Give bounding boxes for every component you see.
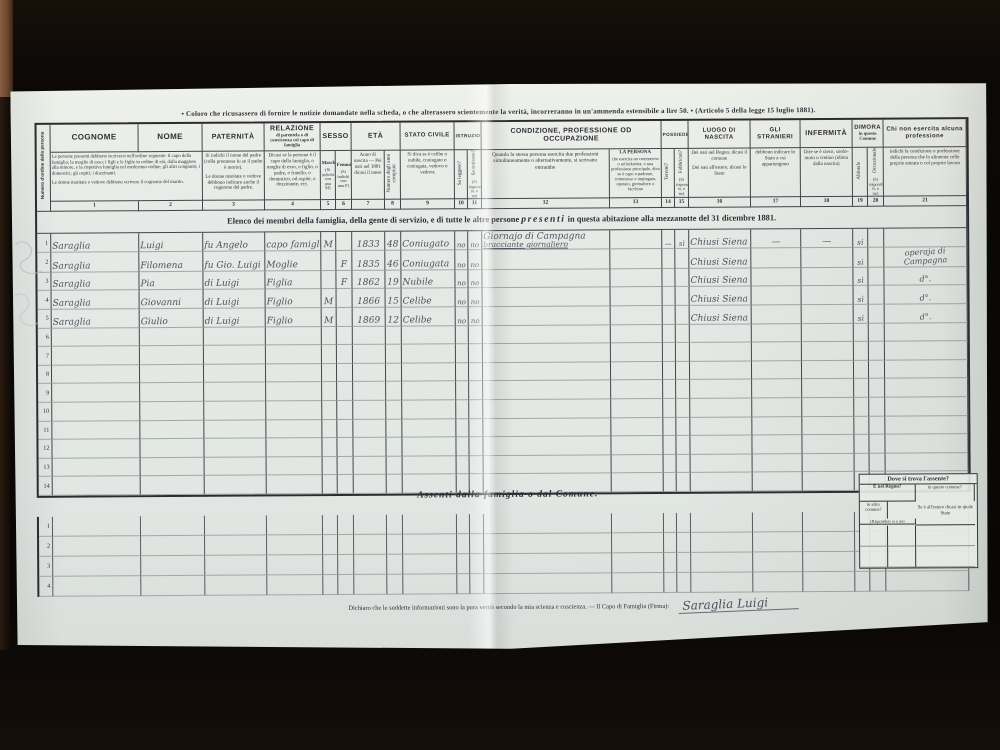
cell-luogo-nascita (690, 343, 752, 362)
cell-stranieri: — (751, 229, 801, 248)
cell-anni-compiuti: 12 (386, 308, 402, 327)
cell-empty (803, 512, 855, 532)
cell-fabbricati (675, 269, 689, 288)
colnum-21: 21 (884, 196, 967, 207)
cell-stato-civile: Celibe (402, 289, 456, 308)
cell-empty (53, 576, 141, 597)
cell-sesso-f (337, 382, 353, 401)
cell-stranieri (752, 435, 802, 454)
cell-fabbricati (676, 417, 690, 436)
cell-anno-nascita (353, 419, 386, 438)
cell-condizione (484, 455, 612, 474)
cell-relazione (266, 401, 322, 420)
cell-empty (484, 553, 612, 574)
cell-sesso-m: M (321, 232, 336, 251)
cell-stranieri (752, 417, 802, 436)
cell-dimora-abituale (855, 454, 870, 473)
cell-dimora-occasionale (868, 229, 884, 248)
cell-stato-civile: Coniugata (401, 250, 455, 270)
col-infermita-header: INFERMITÀ (801, 120, 853, 148)
cell-empty (470, 574, 484, 594)
cell-row-number: 2 (39, 537, 53, 557)
cell-luogo-nascita (690, 417, 752, 436)
cell-paternita: di Luigi (204, 290, 266, 309)
cell-stato-civile (402, 437, 456, 456)
cell-anni-compiuti: 15 (386, 289, 402, 308)
cell-empty (470, 514, 484, 534)
cell-anno-nascita (353, 382, 386, 401)
cell-stranieri (751, 268, 801, 287)
cell-sa-leggere: no (456, 289, 469, 308)
cell-infermita (801, 248, 853, 268)
cell-empty (677, 573, 691, 593)
cell-paternita (204, 346, 266, 365)
cell-relazione: Moglie (265, 251, 321, 271)
cell-sa-scrivere (470, 456, 484, 475)
cell-luogo-nascita (690, 398, 752, 417)
cell-stranieri (752, 398, 802, 417)
cell-anno-nascita (353, 326, 386, 345)
cell-empty (457, 574, 470, 594)
cell-sa-scrivere (469, 437, 483, 456)
cell-infermita (802, 379, 854, 398)
cell-sa-scrivere (469, 382, 483, 401)
cell-sesso-m (322, 327, 337, 346)
cell-fabbricati (676, 380, 690, 399)
cell-empty (267, 575, 323, 595)
cell-sa-scrivere: no (468, 231, 482, 250)
whereabouts-box: Dove si trova l'assente? È nel Regno? Se… (859, 473, 979, 569)
cell-empty (338, 575, 354, 595)
cell-dimora-occasionale (869, 416, 885, 435)
cell-fabbricati (677, 455, 691, 474)
cell-relazione: Figlio (266, 308, 322, 327)
cell-anni-compiuti (386, 363, 402, 382)
cell-dimora-abituale: sì (854, 305, 869, 324)
cell-fabbricati (676, 399, 690, 418)
cell-dimora-abituale (854, 342, 869, 361)
cell-stranieri (752, 361, 802, 380)
cell-empty (323, 535, 338, 555)
colnum-18: 18 (801, 197, 853, 207)
cell-terreni (663, 418, 676, 437)
col-possiede-header: POSSIEDE (662, 121, 689, 149)
cell-sesso-f (337, 289, 353, 308)
cell-anni-compiuti: 48 (385, 232, 401, 251)
colnum-17: 17 (751, 197, 801, 207)
eta-anni-desc: Numero degli anni compiuti (385, 151, 401, 200)
cell-dimora-abituale (854, 323, 869, 342)
eta-anno-desc: Anno di nascita — Pei nati nel 1881 dica… (352, 151, 385, 200)
istruzione-scrivere-subheader: Sa scrivere?(Si risponda: sì, o no) (468, 150, 482, 199)
cell-dimora-occasionale (869, 323, 885, 342)
cell-fabbricati (676, 362, 690, 381)
cell-sesso-m (321, 251, 336, 271)
declaration-text: Dichiaro che le suddette informazioni so… (348, 603, 669, 612)
cell-dimora-occasionale (869, 360, 885, 379)
cell-dimora-abituale (854, 379, 869, 398)
cell-empty (338, 555, 354, 575)
cell-dimora-occasionale (868, 267, 884, 286)
cell-sa-leggere (456, 344, 469, 363)
colnum-19: 19 (853, 197, 868, 207)
cell-sa-scrivere (469, 400, 483, 419)
cell-empty (403, 514, 457, 534)
cell-anni-compiuti (386, 419, 402, 438)
cell-empty (387, 555, 403, 575)
cell-empty (354, 575, 387, 595)
cell-chinon: d°. (884, 267, 967, 286)
cell-empty (677, 533, 691, 553)
cell-terreni (662, 269, 675, 288)
col-chinon-header: Chi non esercita alcuna professione (884, 119, 967, 148)
cell-fabbricati (676, 324, 690, 343)
cell-empty (205, 515, 267, 535)
cell-anni-compiuti (386, 345, 402, 364)
cell-anno-nascita: 1833 (352, 232, 385, 251)
cell-empty (855, 572, 870, 592)
cell-empty (803, 572, 855, 592)
cell-nome (140, 383, 204, 402)
cell-empty (677, 513, 691, 533)
cell-terreni (664, 473, 677, 492)
col-nome-header: NOME (139, 124, 203, 152)
cell-infermita (802, 286, 854, 305)
pencil-scribble (11, 227, 58, 377)
cell-empty (664, 513, 677, 533)
cell-sesso-f: F (336, 271, 352, 290)
cell-infermita (802, 416, 854, 435)
cell-nome (141, 458, 205, 477)
cell-nome: Pia (139, 272, 203, 291)
cell-stato-civile (402, 326, 456, 345)
cell-cognome (52, 402, 140, 421)
cell-infermita (802, 323, 854, 342)
cell-stato-civile (402, 382, 456, 401)
cell-terreni (662, 249, 675, 269)
cell-row-number: 10 (38, 403, 52, 422)
cell-fabbricati: sì (675, 230, 689, 249)
colnum-10: 10 (455, 199, 468, 209)
cell-chinon (885, 360, 968, 379)
cell-chinon (885, 416, 968, 435)
whereabouts-empty-cell (860, 526, 888, 547)
cell-stranieri (751, 248, 801, 268)
cell-anni-compiuti (386, 438, 402, 457)
cell-dimora-abituale (854, 361, 869, 380)
cell-sa-leggere (456, 363, 469, 382)
whereabouts-note: (Rispondere sì o no) (860, 518, 916, 524)
cell-sa-leggere: no (456, 307, 469, 326)
cell-sesso-f (337, 364, 353, 383)
cell-luogo-nascita: Chiusi Siena (689, 268, 751, 287)
cell-fabbricati (675, 249, 689, 269)
cell-empty (387, 575, 403, 595)
cell-terreni: — (662, 230, 675, 249)
cell-sesso-f (336, 232, 352, 251)
cell-condizione: Giornajo di Campagnabracciante giornalie… (482, 231, 610, 250)
cell-la-persona (611, 380, 663, 399)
cell-nome (141, 476, 205, 495)
cell-infermita (802, 342, 854, 361)
cell-empty (457, 514, 470, 534)
cell-sesso-m (322, 420, 337, 439)
cell-infermita (802, 435, 854, 454)
cell-chinon (885, 341, 968, 360)
cell-chinon (885, 323, 968, 342)
cell-sesso-f (337, 419, 353, 438)
cell-infermita: — (801, 229, 853, 248)
cell-condizione (483, 344, 611, 363)
cell-stato-civile: Coniugato (401, 232, 455, 251)
whereabouts-empty-cell (916, 546, 975, 567)
cell-dimora-occasionale (868, 247, 884, 267)
cell-dimora-occasionale (869, 398, 885, 417)
cell-sesso-m (322, 345, 337, 364)
cell-luogo-nascita (690, 361, 752, 380)
cell-condizione (483, 418, 611, 437)
cell-anno-nascita (353, 401, 386, 420)
cell-empty (338, 535, 354, 555)
absent-persons-rows: 1 2 (39, 511, 969, 597)
cell-empty (323, 515, 338, 535)
cell-infermita (801, 268, 853, 287)
census-sheet: • Coloro che ricusassero di fornire le n… (10, 81, 989, 653)
cell-la-persona (611, 418, 663, 437)
cell-empty (612, 573, 664, 593)
colnum-4: 4 (265, 200, 321, 210)
col-number-header: Numero d'ordine della persona (37, 125, 52, 212)
cell-sesso-m: M (322, 289, 337, 308)
cell-terreni (663, 343, 676, 362)
cell-relazione (266, 420, 322, 439)
cell-paternita (205, 476, 267, 495)
cell-luogo-nascita: Chiusi Siena (689, 248, 751, 268)
cell-stranieri (753, 454, 803, 473)
cell-cognome: Saraglia (51, 233, 139, 252)
cell-empty (484, 533, 612, 554)
cell-dimora-abituale: sì (853, 248, 868, 268)
wood-table-edge (0, 0, 13, 97)
cell-la-persona (610, 230, 662, 249)
cell-sa-leggere (456, 437, 469, 456)
cell-terreni (663, 362, 676, 381)
cell-dimora-occasionale (869, 305, 885, 324)
istruzione-leggere-subheader: Sa leggere? (455, 150, 468, 199)
row-number-label: Numero d'ordine della persona (41, 132, 46, 199)
cell-stranieri (752, 324, 802, 343)
cell-empty (470, 554, 484, 574)
cell-empty (338, 515, 354, 535)
cell-condizione (483, 306, 611, 325)
cell-paternita: di Luigi (204, 308, 266, 327)
cell-nome (140, 327, 204, 346)
cell-anno-nascita (354, 456, 387, 475)
cell-chinon (886, 453, 969, 472)
cell-empty (664, 573, 677, 593)
cell-relazione (267, 457, 323, 476)
cell-anno-nascita (353, 364, 386, 383)
cell-sesso-f (337, 308, 353, 327)
cell-sa-leggere (456, 382, 469, 401)
cell-stato-civile: Celibe (402, 307, 456, 326)
cell-stato-civile: Nubile (401, 270, 455, 289)
cell-cognome (52, 365, 140, 384)
cell-la-persona (612, 455, 664, 474)
cell-stato-civile (402, 344, 456, 363)
cell-relazione: capo famiglia (265, 232, 321, 251)
cell-sesso-m (323, 457, 338, 476)
cell-sesso-m (322, 401, 337, 420)
statocivile-desc: Si dica se è celibe o nubile, coniugato … (401, 150, 455, 200)
cell-la-persona (611, 325, 663, 344)
cell-anno-nascita (353, 438, 386, 457)
chinon-desc: indichi la condizione o professione dell… (884, 147, 967, 197)
cell-empty (354, 555, 387, 575)
whereabouts-q2: in altro comune? (860, 502, 888, 519)
cell-fabbricati (676, 436, 690, 455)
cell-sa-leggere: no (455, 270, 468, 289)
cell-luogo-nascita (691, 473, 753, 492)
cell-empty (267, 555, 323, 575)
cell-empty (205, 575, 267, 595)
cell-empty (753, 572, 803, 592)
cell-sa-scrivere (469, 326, 483, 345)
sesso-maschile-subheader: Maschile(Si indichi con una M) (321, 151, 336, 200)
possiede-terreni-subheader: Terreni? (662, 149, 675, 198)
cell-sesso-m (321, 271, 336, 290)
cell-paternita: fu Angelo (203, 233, 265, 252)
absents-section-title: Assenti dalla famiglia o dal Comune. (363, 489, 653, 501)
cell-luogo-nascita: Chiusi Siena (690, 305, 752, 324)
header-descriptions-row: Le persone presenti debbono iscriversi n… (37, 147, 967, 202)
cell-dimora-occasionale (869, 342, 885, 361)
cell-stato-civile (402, 400, 456, 419)
cell-cognome (52, 346, 140, 365)
head-of-family-signature: Saraglia Luigi (678, 594, 798, 614)
cell-relazione (266, 327, 322, 346)
stranieri-desc: debbono indicare lo Stato a cui apparten… (751, 148, 801, 198)
cell-empty (267, 535, 323, 555)
cell-empty (205, 535, 267, 555)
colnum-6: 6 (336, 200, 352, 210)
colnum-16: 16 (689, 198, 751, 208)
cell-anno-nascita: 1862 (352, 271, 385, 290)
cell-paternita (204, 439, 266, 458)
cell-sa-scrivere (469, 419, 483, 438)
cell-la-persona (611, 306, 663, 325)
whereabouts-empty-cell (860, 547, 888, 568)
cell-chinon (885, 434, 968, 453)
cell-empty (403, 534, 457, 554)
cell-dimora-abituale: sì (853, 268, 868, 287)
cell-empty (53, 536, 141, 557)
cell-nome: Filomena (139, 252, 203, 272)
cell-row-number: 11 (38, 421, 52, 440)
cell-anni-compiuti (386, 382, 402, 401)
colnum-13: 13 (610, 198, 662, 208)
col-relazione-header: RELAZIONEdi parentela o di convivenza co… (265, 123, 321, 151)
cell-paternita: di Luigi (203, 271, 265, 290)
col-statocivile-header: STATO CIVILE (401, 122, 455, 150)
cell-relazione: Figlio (266, 290, 322, 309)
cell-row-number: 14 (39, 477, 53, 496)
cell-empty (53, 556, 141, 577)
colnum-2: 2 (139, 201, 203, 211)
luogonascita-desc: Dei nati nel Regno, dicasi il comune Dei… (689, 148, 751, 198)
cell-infermita (802, 361, 854, 380)
cell-empty (753, 512, 803, 532)
cell-empty (387, 535, 403, 555)
cell-luogo-nascita: Chiusi Siena (689, 230, 751, 249)
colnum-7: 7 (352, 200, 385, 210)
cell-stato-civile (402, 363, 456, 382)
cell-condizione (483, 288, 611, 307)
cell-row-number: 4 (39, 577, 53, 597)
presenti-emphasis: presenti (521, 214, 565, 225)
cell-anni-compiuti (386, 326, 402, 345)
cell-dimora-abituale (854, 435, 869, 454)
cell-empty (403, 574, 457, 594)
cell-terreni (663, 306, 676, 325)
cell-luogo-nascita: Chiusi Siena (690, 287, 752, 306)
cell-condizione (483, 362, 611, 381)
colnum-14: 14 (662, 198, 675, 208)
cell-row-number: 3 (39, 557, 53, 577)
cell-paternita (204, 420, 266, 439)
cell-paternita (204, 327, 266, 346)
cell-empty (484, 573, 612, 594)
condizione-desc: Quando la stessa persona esercita due pr… (482, 149, 610, 199)
cell-infermita (803, 454, 855, 473)
cell-anno-nascita: 1835 (352, 251, 385, 271)
cell-cognome: Saraglia (52, 309, 140, 328)
cell-fabbricati (676, 343, 690, 362)
cell-stranieri (752, 287, 802, 306)
cell-dimora-occasionale (869, 286, 885, 305)
colnum-1: 1 (51, 201, 139, 212)
cell-la-persona (610, 269, 662, 288)
colnum-20: 20 (868, 197, 884, 207)
cell-luogo-nascita (690, 324, 752, 343)
cell-nome (140, 365, 204, 384)
paternita-desc: Si indichi il nome del padre (colla prem… (203, 151, 265, 201)
cell-chinon (885, 397, 968, 416)
cell-empty (141, 536, 205, 556)
col-cognome-header: COGNOME (51, 124, 139, 153)
cell-empty (457, 534, 470, 554)
col-istruzione-header: ISTRUZIONE (455, 122, 482, 150)
cell-empty (664, 533, 677, 553)
cell-empty (803, 552, 855, 572)
cell-empty (753, 552, 803, 572)
cell-empty (141, 516, 205, 536)
cell-empty (691, 572, 753, 592)
cell-empty (691, 552, 753, 572)
cell-infermita (803, 472, 855, 491)
cell-sa-scrivere: no (468, 270, 482, 289)
cell-cognome (53, 477, 141, 496)
cell-sesso-m (323, 475, 338, 494)
cell-relazione (267, 475, 323, 494)
cell-sesso-f (337, 345, 353, 364)
cell-empty (267, 515, 323, 535)
cell-empty (141, 556, 205, 576)
cell-paternita (205, 457, 267, 476)
cell-infermita (802, 305, 854, 324)
cell-empty (886, 571, 969, 592)
cell-nome: Giulio (140, 309, 204, 328)
